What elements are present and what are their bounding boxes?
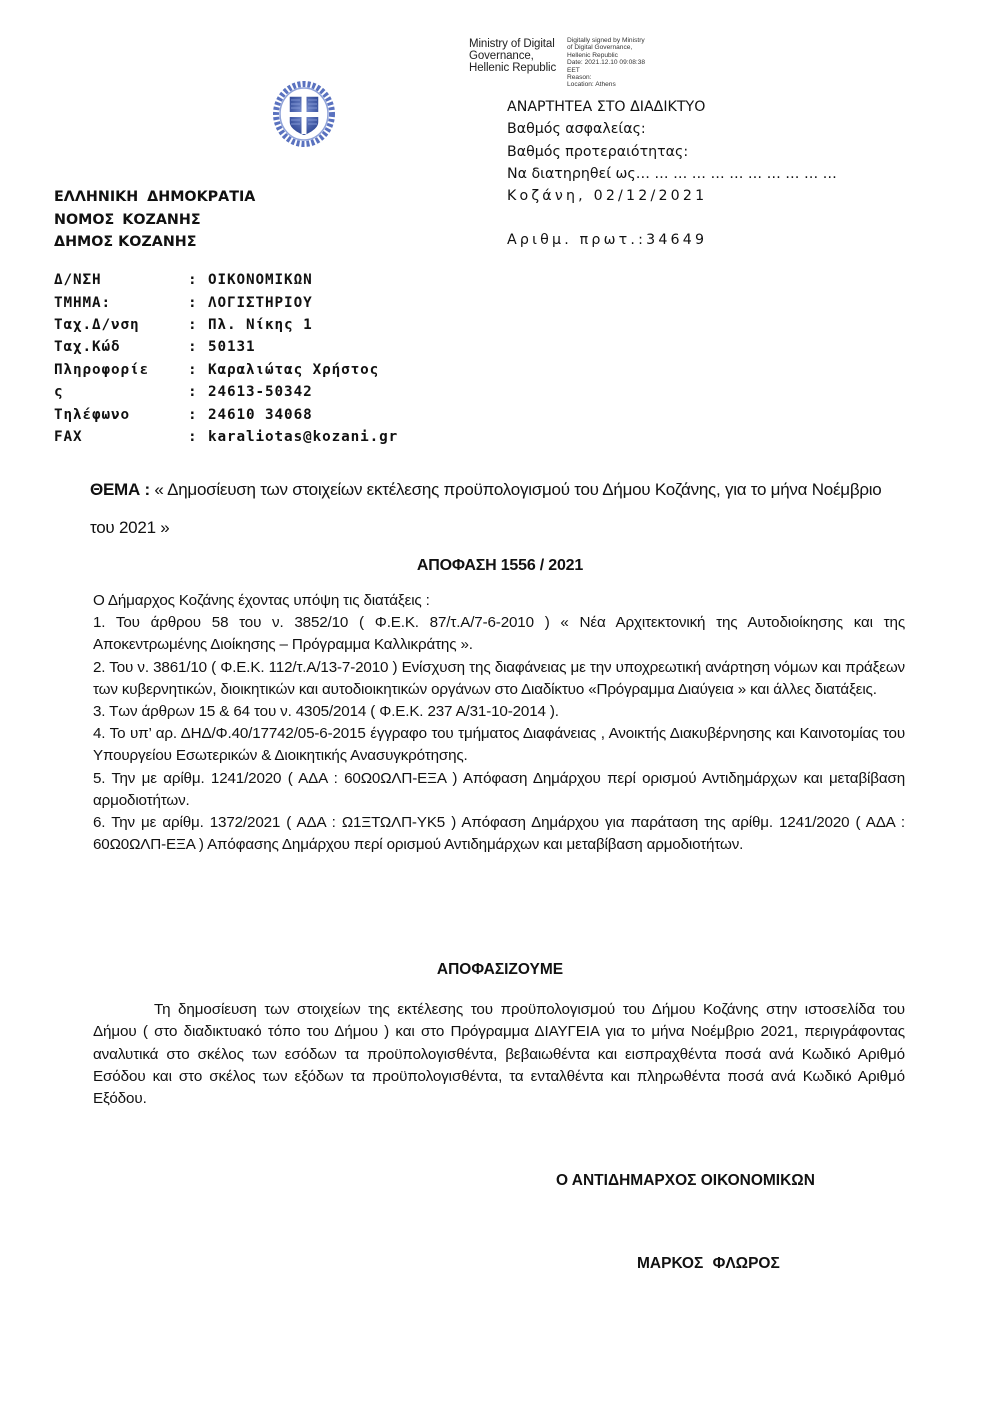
retention-notice: Να διατηρηθεί ως… … … … … … … … … … … (507, 163, 837, 185)
info-value: Καραλιώτας Χρήστος (208, 362, 379, 378)
info-label: Πληροφορίε (54, 362, 188, 378)
info-separator: : (188, 384, 208, 400)
decision-paragraph: Τη δημοσίευση των στοιχείων της εκτέλεση… (93, 999, 905, 1110)
preamble-item: 6. Την με αρίθμ. 1372/2021 ( ΑΔΑ : Ω1ΞΤΩ… (93, 812, 905, 856)
preamble: Ο Δήμαρχος Κοζάνης έχοντας υπόψη τις δια… (93, 590, 905, 856)
digital-signature-details: Digitally signed by Ministry of Digital … (567, 37, 645, 89)
signature-detail-line: EET (567, 67, 645, 74)
issuer-line: ΕΛΛΗΝΙΚΗ ΔΗΜΟΚΡΑΤΙΑ (54, 186, 255, 209)
info-value: ΛΟΓΙΣΤΗΡΙΟΥ (208, 295, 313, 311)
info-value: karaliotas@kozani.gr (208, 429, 398, 445)
greek-coat-of-arms-icon (273, 80, 335, 148)
preamble-item: 2. Του ν. 3861/10 ( Φ.Ε.Κ. 112/τ.Α/13-7-… (93, 657, 905, 701)
info-row: ΤΜΗΜΑ: : ΛΟΓΙΣΤΗΡΙΟΥ (54, 291, 398, 313)
decision-title: ΑΠΟΦΑΣΗ 1556 / 2021 (0, 557, 1000, 575)
preamble-item: 3. Των άρθρων 15 & 64 του ν. 4305/2014 (… (93, 701, 905, 723)
signature-detail-line: Digitally signed by Ministry (567, 37, 645, 44)
place-date: Κοζάνη, 02/12/2021 (507, 185, 837, 207)
document-metadata: ΑΝΑΡΤΗΤΕΑ ΣΤΟ ΔΙΑΔΙΚΤΥΟ Βαθμός ασφαλείας… (507, 96, 837, 252)
info-row: Δ/ΝΣΗ : ΟΙΚΟΝΟΜΙΚΩΝ (54, 269, 398, 291)
signature-detail-line: Hellenic Republic (567, 52, 645, 59)
security-level: Βαθμός ασφαλείας: (507, 118, 837, 140)
info-row: Ταχ.Δ/νση : Πλ. Νίκης 1 (54, 314, 398, 336)
info-separator: : (188, 429, 208, 445)
subject: ΘΕΜΑ : « Δημοσίευση των στοιχείων εκτέλε… (90, 471, 890, 547)
info-label: FAX (54, 429, 188, 445)
info-row: FAX : karaliotas@kozani.gr (54, 426, 398, 448)
info-label: Τηλέφωνο (54, 407, 188, 423)
subject-label: ΘΕΜΑ : (90, 480, 150, 499)
posting-notice: ΑΝΑΡΤΗΤΕΑ ΣΤΟ ΔΙΑΔΙΚΤΥΟ (507, 96, 837, 118)
signature-detail-line: of Digital Governance, (567, 44, 645, 51)
priority-level: Βαθμός προτεραιότητας: (507, 141, 837, 163)
info-separator: : (188, 272, 208, 288)
info-value: 50131 (208, 339, 256, 355)
signature-detail-line: Date: 2021.12.10 09:08:38 (567, 59, 645, 66)
preamble-item: 5. Την με αρίθμ. 1241/2020 ( ΑΔΑ : 60Ω0Ω… (93, 768, 905, 812)
contact-info-table: Δ/ΝΣΗ : ΟΙΚΟΝΟΜΙΚΩΝ ΤΜΗΜΑ: : ΛΟΓΙΣΤΗΡΙΟΥ… (54, 269, 398, 448)
signature-org-line: Ministry of Digital (469, 38, 556, 50)
issuer-line: ΝΟΜΟΣ ΚΟΖΑΝΗΣ (54, 209, 255, 232)
info-value: 24613-50342 (208, 384, 313, 400)
info-separator: : (188, 362, 208, 378)
issuer-header: ΕΛΛΗΝΙΚΗ ΔΗΜΟΚΡΑΤΙΑ ΝΟΜΟΣ ΚΟΖΑΝΗΣ ΔΗΜΟΣ … (54, 186, 255, 254)
signature-detail-line: Location: Athens (567, 81, 645, 88)
signature-org-line: Governance, (469, 50, 556, 62)
issuer-line: ΔΗΜΟΣ ΚΟΖΑΝΗΣ (54, 231, 255, 254)
info-label: Ταχ.Κώδ (54, 339, 188, 355)
signer-title: Ο ΑΝΤΙΔΗΜΑΡΧΟΣ ΟΙΚΟΝΟΜΙΚΩΝ (556, 1172, 815, 1190)
subject-text: « Δημοσίευση των στοιχείων εκτέλεσης προ… (90, 480, 882, 537)
signer-name: ΜΑΡΚΟΣ ΦΛΩΡΟΣ (637, 1255, 780, 1273)
info-row: Τηλέφωνο : 24610 34068 (54, 403, 398, 425)
preamble-item: 4. Το υπ’ αρ. ΔΗΔ/Φ.40/17742/05-6-2015 έ… (93, 723, 905, 767)
preamble-intro: Ο Δήμαρχος Κοζάνης έχοντας υπόψη τις δια… (93, 590, 905, 612)
digital-signature-organization: Ministry of Digital Governance, Hellenic… (469, 38, 556, 74)
info-row: ς : 24613-50342 (54, 381, 398, 403)
decide-title: ΑΠΟΦΑΣΙΖΟΥΜΕ (0, 961, 1000, 979)
info-row: Πληροφορίε : Καραλιώτας Χρήστος (54, 359, 398, 381)
protocol-number: Αριθμ. πρωτ.:34649 (507, 229, 837, 251)
info-value: 24610 34068 (208, 407, 313, 423)
decision-body: Τη δημοσίευση των στοιχείων της εκτέλεση… (93, 999, 905, 1110)
info-label: Ταχ.Δ/νση (54, 317, 188, 333)
info-label: ΤΜΗΜΑ: (54, 295, 188, 311)
signature-detail-line: Reason: (567, 74, 645, 81)
info-label: ς (54, 384, 188, 400)
signature-org-line: Hellenic Republic (469, 62, 556, 74)
info-separator: : (188, 317, 208, 333)
info-value: ΟΙΚΟΝΟΜΙΚΩΝ (208, 272, 313, 288)
info-label: Δ/ΝΣΗ (54, 272, 188, 288)
info-separator: : (188, 295, 208, 311)
info-row: Ταχ.Κώδ : 50131 (54, 336, 398, 358)
info-value: Πλ. Νίκης 1 (208, 317, 313, 333)
info-separator: : (188, 339, 208, 355)
preamble-item: 1. Του άρθρου 58 του ν. 3852/10 ( Φ.Ε.Κ.… (93, 612, 905, 656)
info-separator: : (188, 407, 208, 423)
